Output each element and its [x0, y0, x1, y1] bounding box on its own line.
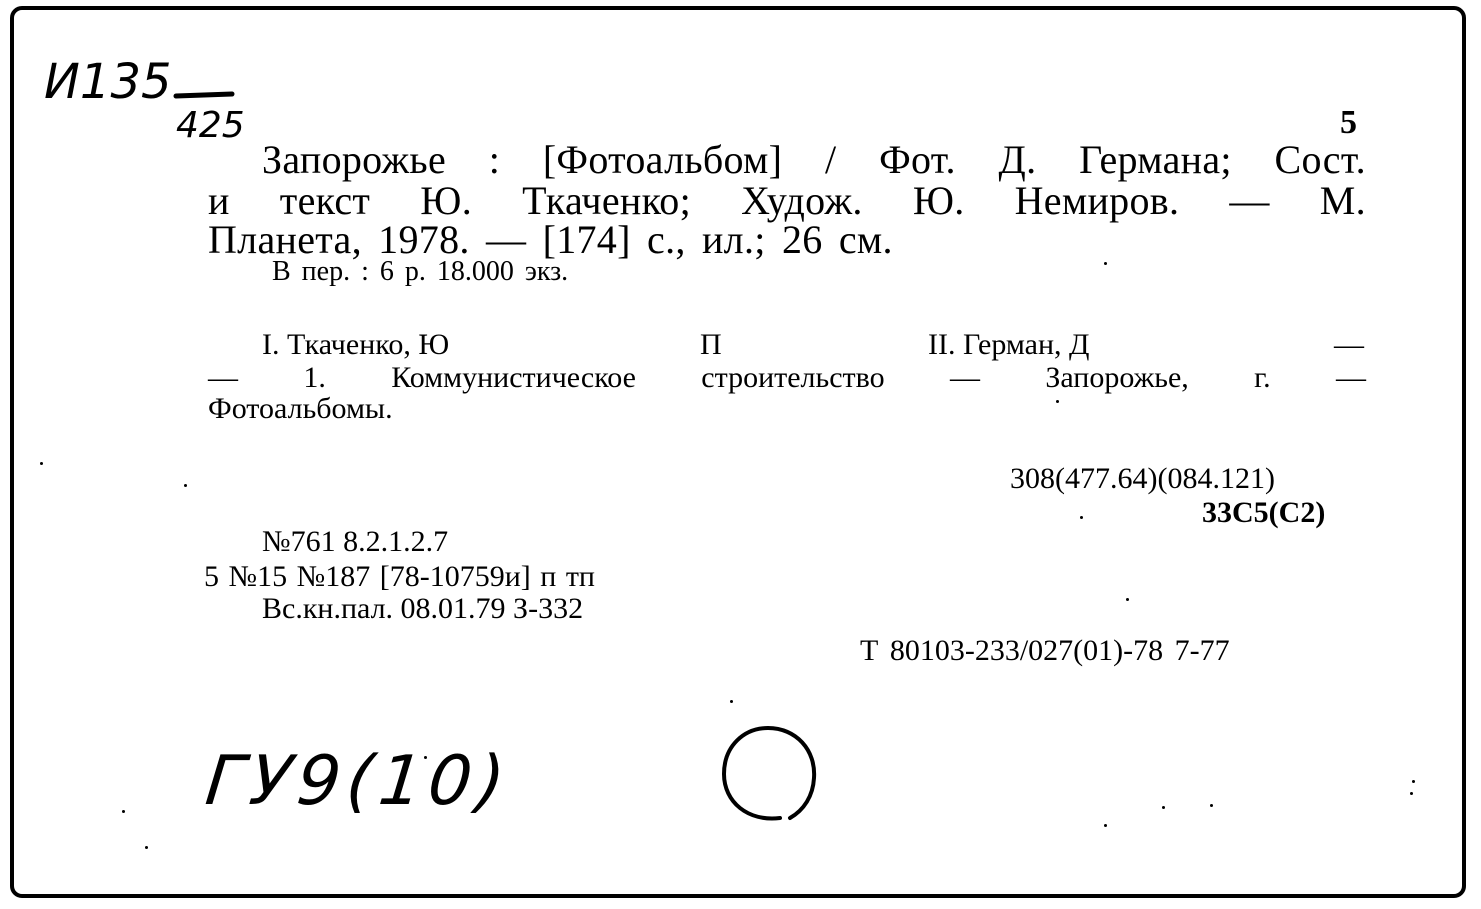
speck — [1104, 262, 1107, 265]
price-line: В пер. : 6 р. 18.000 экз. — [272, 258, 568, 286]
tracing-author-2: II. Герман, Д — [928, 330, 1090, 360]
bib-line-1: Запорожье : [Фотоальбом] / Фот. Д. Герма… — [262, 140, 1366, 180]
bib-word: текст — [280, 181, 370, 221]
speck — [1162, 806, 1165, 809]
bib-word: и — [208, 181, 230, 221]
tracing-word: Коммунистическое — [391, 363, 636, 393]
speck — [1104, 824, 1107, 827]
speck — [730, 700, 733, 703]
speck — [184, 484, 187, 487]
speck — [1412, 780, 1415, 783]
index-code: Т 80103-233/027(01)-78 7-77 — [860, 636, 1230, 666]
tracing-author-1: I. Ткаченко, Ю — [262, 330, 449, 360]
bib-word: [Фотоальбом] — [543, 140, 782, 180]
handwritten-shelf-mark: ГУ9(10) — [202, 748, 513, 816]
speck — [1410, 792, 1413, 795]
bib-word: Ю. — [913, 181, 965, 221]
speck — [40, 462, 43, 465]
bib-word: : — [489, 140, 500, 180]
tracing-word: строительство — [701, 363, 884, 393]
speck — [1080, 516, 1083, 519]
bib-word: — — [1229, 181, 1269, 221]
bib-word: Германа; — [1079, 140, 1232, 180]
page-mark: 5 — [1340, 106, 1357, 140]
tracing-p: П — [700, 330, 722, 360]
bib-word: Фот. — [879, 140, 956, 180]
tracing-subject-line: — 1. Коммунистическое строительство — За… — [208, 363, 1366, 393]
tracing-word: — — [208, 363, 238, 393]
speck — [122, 810, 125, 813]
bib-word: Немиров. — [1015, 181, 1180, 221]
bib-line-3: Планета, 1978. — [174] с., ил.; 26 см. — [208, 220, 893, 260]
bib-word: М. — [1320, 181, 1366, 221]
bib-line-2: и текст Ю. Ткаченко; Худож. Ю. Немиров. … — [208, 181, 1366, 221]
tracing-dash: — — [1334, 330, 1364, 360]
call-number-fraction-line — [176, 92, 236, 100]
bib-word: / — [825, 140, 836, 180]
speck — [424, 756, 427, 759]
print-info-2: 5 №15 №187 [78-10759и] п тп — [204, 562, 595, 592]
tracing-line-3: Фотоальбомы. — [208, 394, 393, 424]
bib-word: Ю. — [420, 181, 472, 221]
bbk-index: 33С5(С2) — [1202, 498, 1325, 528]
bib-word: Сост. — [1275, 140, 1366, 180]
call-number-bottom: 425 — [176, 108, 245, 144]
tracing-word: — — [1336, 363, 1366, 393]
print-info-1: №761 8.2.1.2.7 — [262, 527, 448, 557]
punch-hole-icon — [718, 722, 822, 826]
speck — [1210, 804, 1213, 807]
tracing-word: — — [950, 363, 980, 393]
speck — [1056, 400, 1059, 403]
call-number-top: И135 — [44, 58, 172, 106]
udc-index: 308(477.64)(084.121) — [1010, 464, 1275, 494]
tracing-word: 1. — [303, 363, 326, 393]
tracing-word: Запорожье, — [1045, 363, 1188, 393]
bib-word: Запорожье — [262, 140, 446, 180]
tracing-word: г. — [1254, 363, 1270, 393]
speck — [145, 846, 148, 849]
print-info-3: Вс.кн.пал. 08.01.79 З-332 — [262, 594, 583, 624]
bib-word: Д. — [999, 140, 1037, 180]
bib-word: Худож. — [741, 181, 863, 221]
speck — [1126, 598, 1129, 601]
bib-word: Ткаченко; — [522, 181, 691, 221]
